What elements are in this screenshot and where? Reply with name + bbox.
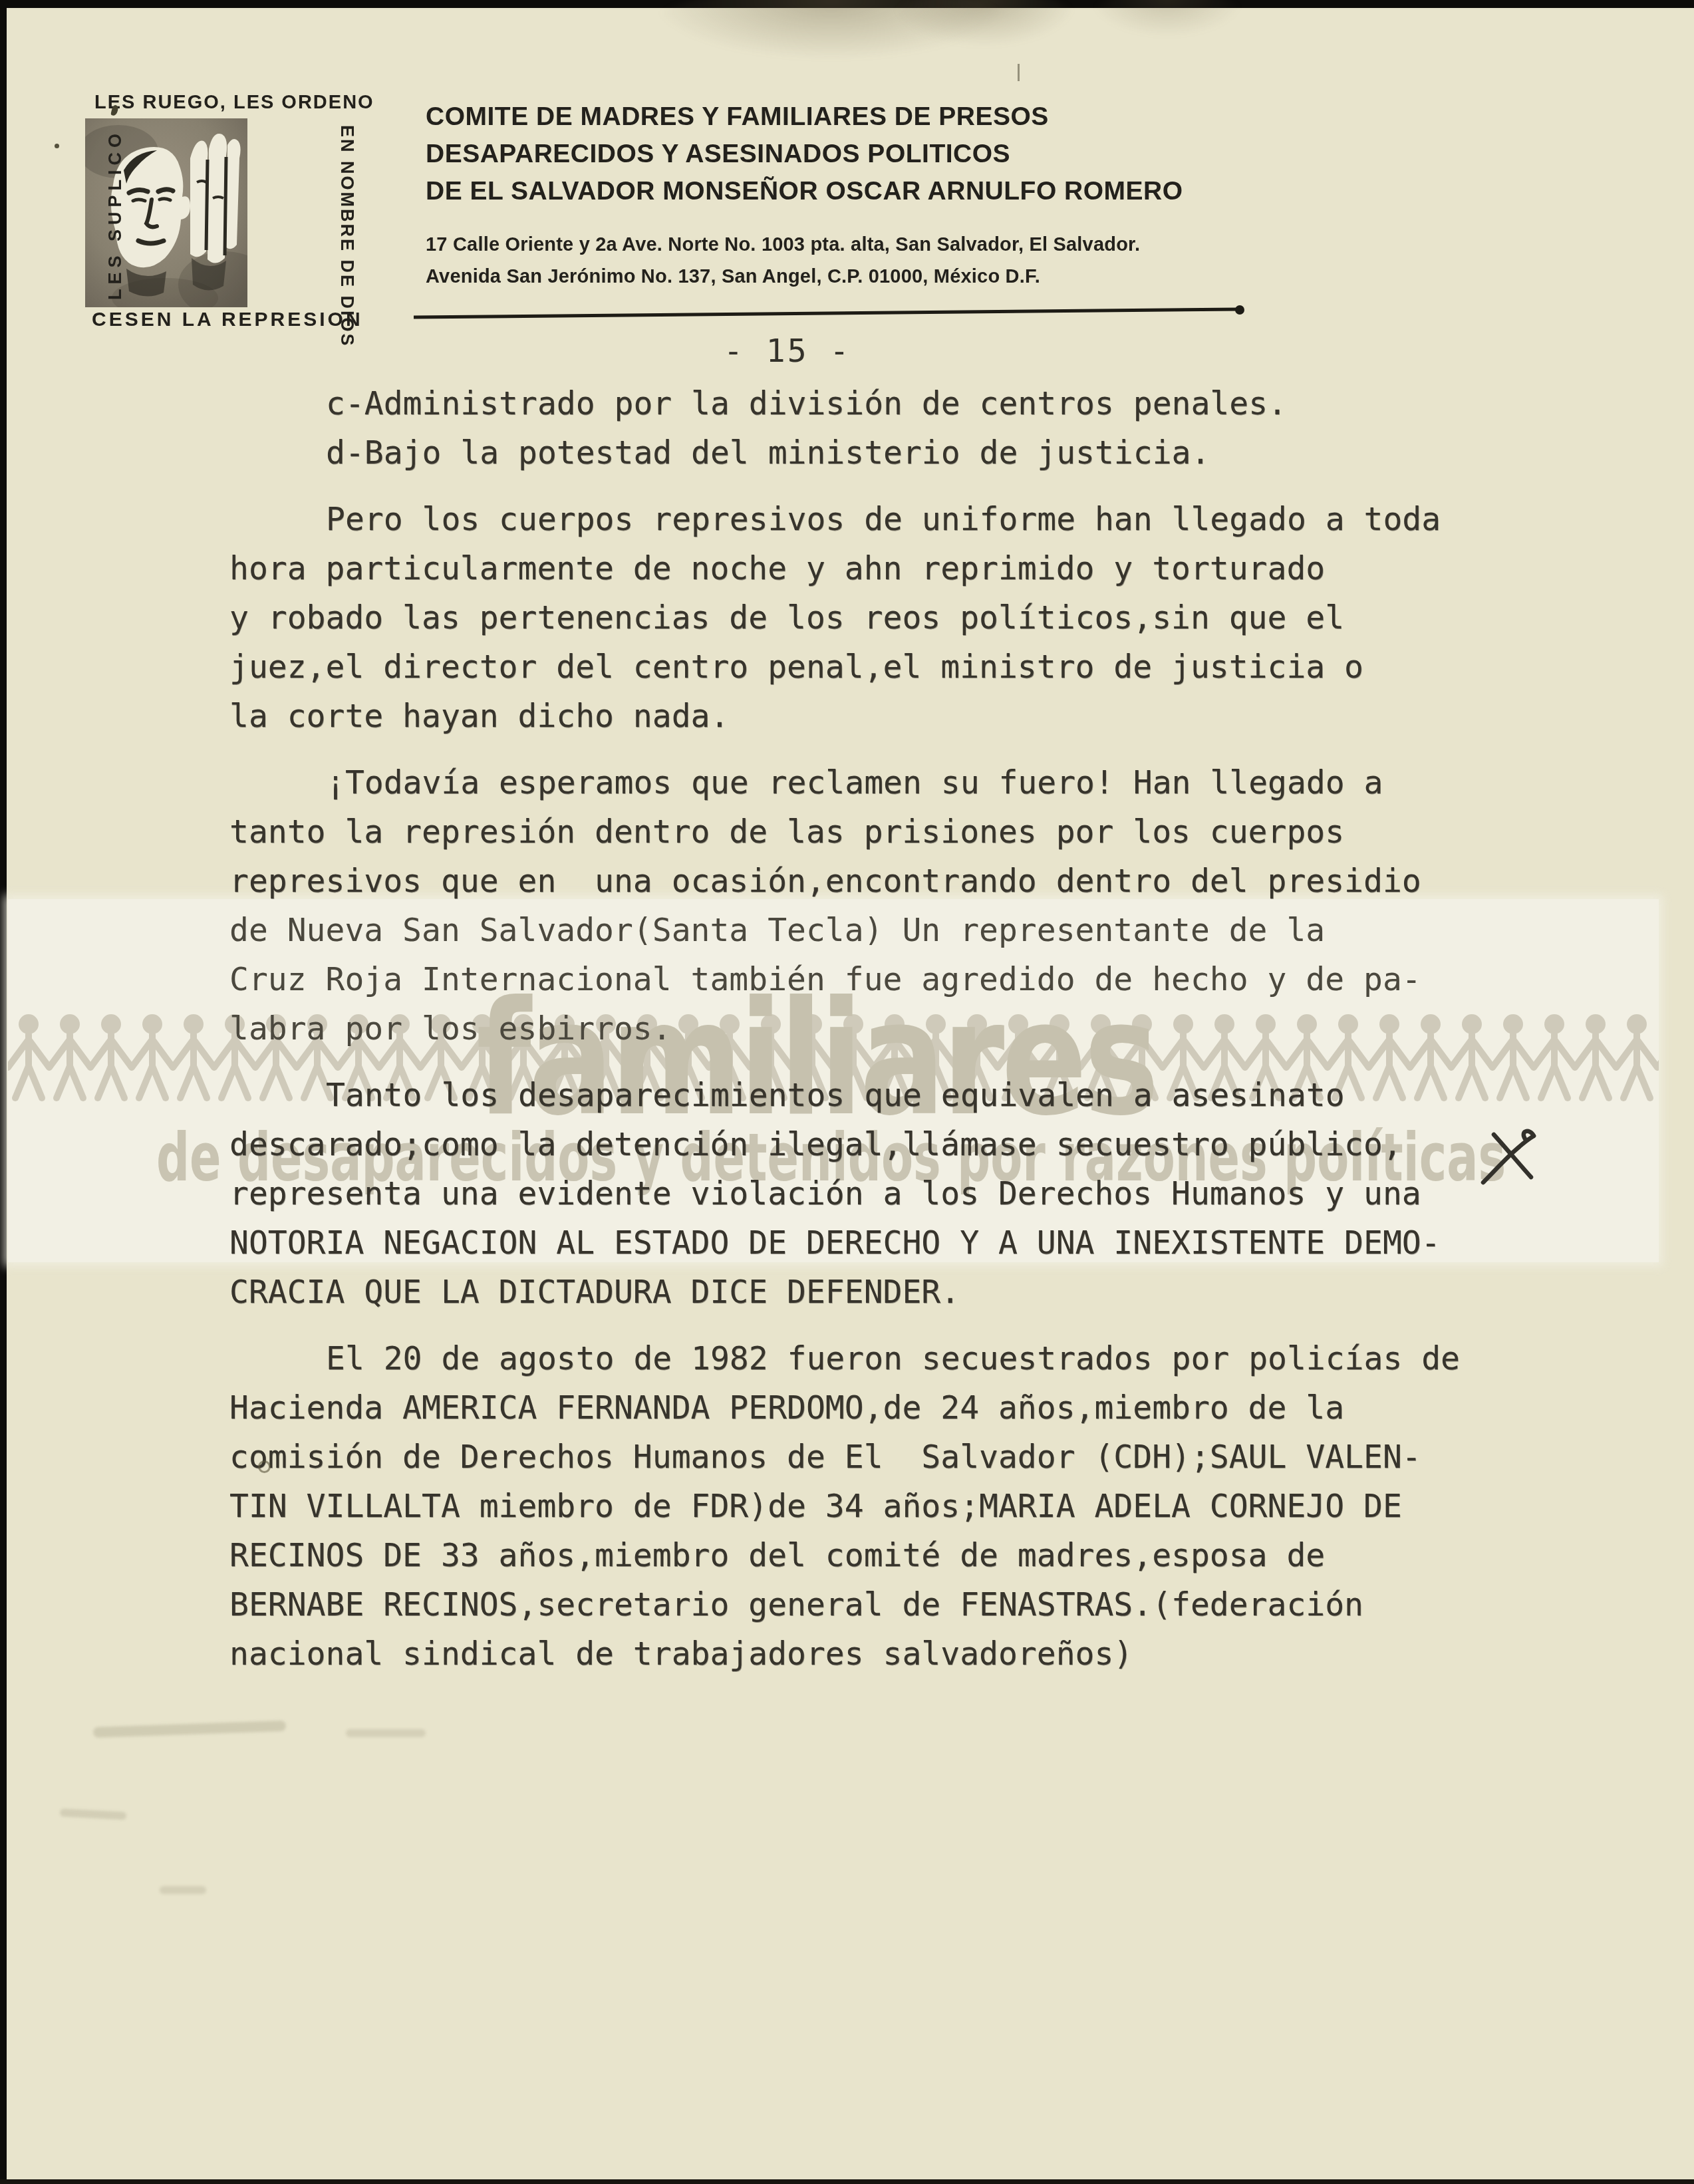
body-line: la corte hayan dicho nada. — [229, 692, 1560, 741]
letterhead-org-line: COMITE DE MADRES Y FAMILIARES DE PRESOS — [426, 98, 1183, 136]
logo-caption-right: EN NOMBRE DE DIOS — [337, 125, 357, 319]
letterhead-org-line: DE EL SALVADOR MONSEÑOR OSCAR ARNULFO RO… — [426, 173, 1183, 210]
body-line: TIN VILLALTA miembro de FDR)de 34 años;M… — [229, 1482, 1560, 1531]
scan-edge-bottom — [0, 2179, 1694, 2184]
body-line: Hacienda AMERICA FERNANDA PERDOMO,de 24 … — [229, 1383, 1560, 1433]
body-line: RECINOS DE 33 años,miembro del comité de… — [229, 1531, 1560, 1580]
scanned-document-page: LES RUEGO, LES ORDENO LES SUPLICO EN NOM… — [0, 0, 1694, 2184]
body-line: juez,el director del centro penal,el min… — [229, 642, 1560, 692]
body-line: labra por los esbirros. — [229, 1004, 1560, 1053]
body-line: representa una evidente violación a los … — [229, 1169, 1560, 1218]
body-line: nacional sindical de trabajadores salvad… — [229, 1629, 1560, 1679]
letterhead-divider-rule — [411, 305, 1249, 321]
body-line: descarado;como la detención ilegal,lláma… — [229, 1120, 1560, 1169]
logo-caption-top: LES RUEGO, LES ORDENO — [94, 92, 342, 114]
body-line: Pero los cuerpos represivos de uniforme … — [229, 495, 1560, 544]
pencil-trace — [93, 1720, 286, 1738]
paper-speck — [1018, 64, 1020, 81]
body-line: represivos que en una ocasión,encontrand… — [229, 857, 1560, 906]
body-line: y robado las pertenencias de los reos po… — [229, 593, 1560, 642]
body-line: c-Administrado por la división de centro… — [229, 379, 1560, 428]
handwritten-x-mark — [1478, 1127, 1542, 1188]
body-line: ¡Todavía esperamos que reclamen su fuero… — [229, 758, 1560, 807]
body-line: Tanto los desaparecimientos que equivale… — [229, 1071, 1560, 1120]
body-line: BERNABE RECINOS,secretario general de FE… — [229, 1580, 1560, 1629]
body-line: d-Bajo la potestad del ministerio de jus… — [229, 428, 1560, 478]
letterhead-org-line: DESAPARECIDOS Y ASESINADOS POLITICOS — [426, 136, 1183, 173]
letterhead-organization: COMITE DE MADRES Y FAMILIARES DE PRESOS … — [426, 98, 1183, 210]
logo-caption-bottom: CESEN LA REPRESION — [92, 309, 345, 331]
letterhead-address-line: Avenida San Jerónimo No. 137, San Angel,… — [426, 261, 1140, 293]
body-line: NOTORIA NEGACION AL ESTADO DE DERECHO Y … — [229, 1218, 1560, 1268]
pencil-trace — [160, 1886, 206, 1894]
pencil-trace — [346, 1729, 426, 1737]
pencil-trace — [60, 1808, 126, 1820]
ink-smudge — [1091, 0, 1244, 37]
body-line: de Nueva San Salvador(Santa Tecla) Un re… — [229, 906, 1560, 955]
paper-speck — [258, 1460, 271, 1473]
body-line: hora particularmente de noche y ahn repr… — [229, 544, 1560, 593]
typed-body: c-Administrado por la división de centro… — [229, 379, 1560, 1679]
paper-speck — [55, 144, 59, 148]
body-line: CRACIA QUE LA DICTADURA DICE DEFENDER. — [229, 1268, 1560, 1317]
letterhead-address: 17 Calle Oriente y 2a Ave. Norte No. 100… — [426, 229, 1140, 293]
body-line: El 20 de agosto de 1982 fueron secuestra… — [229, 1334, 1560, 1383]
scan-edge-left — [0, 0, 7, 2184]
body-line: Cruz Roja Internacional también fue agre… — [229, 955, 1560, 1004]
page-number: - 15 - — [724, 333, 851, 370]
logo-caption-left: LES SUPLICO — [105, 120, 126, 309]
letterhead-address-line: 17 Calle Oriente y 2a Ave. Norte No. 100… — [426, 229, 1140, 261]
body-line: tanto la represión dentro de las prision… — [229, 807, 1560, 857]
body-line: comisión de Derechos Humanos de El Salva… — [229, 1433, 1560, 1482]
